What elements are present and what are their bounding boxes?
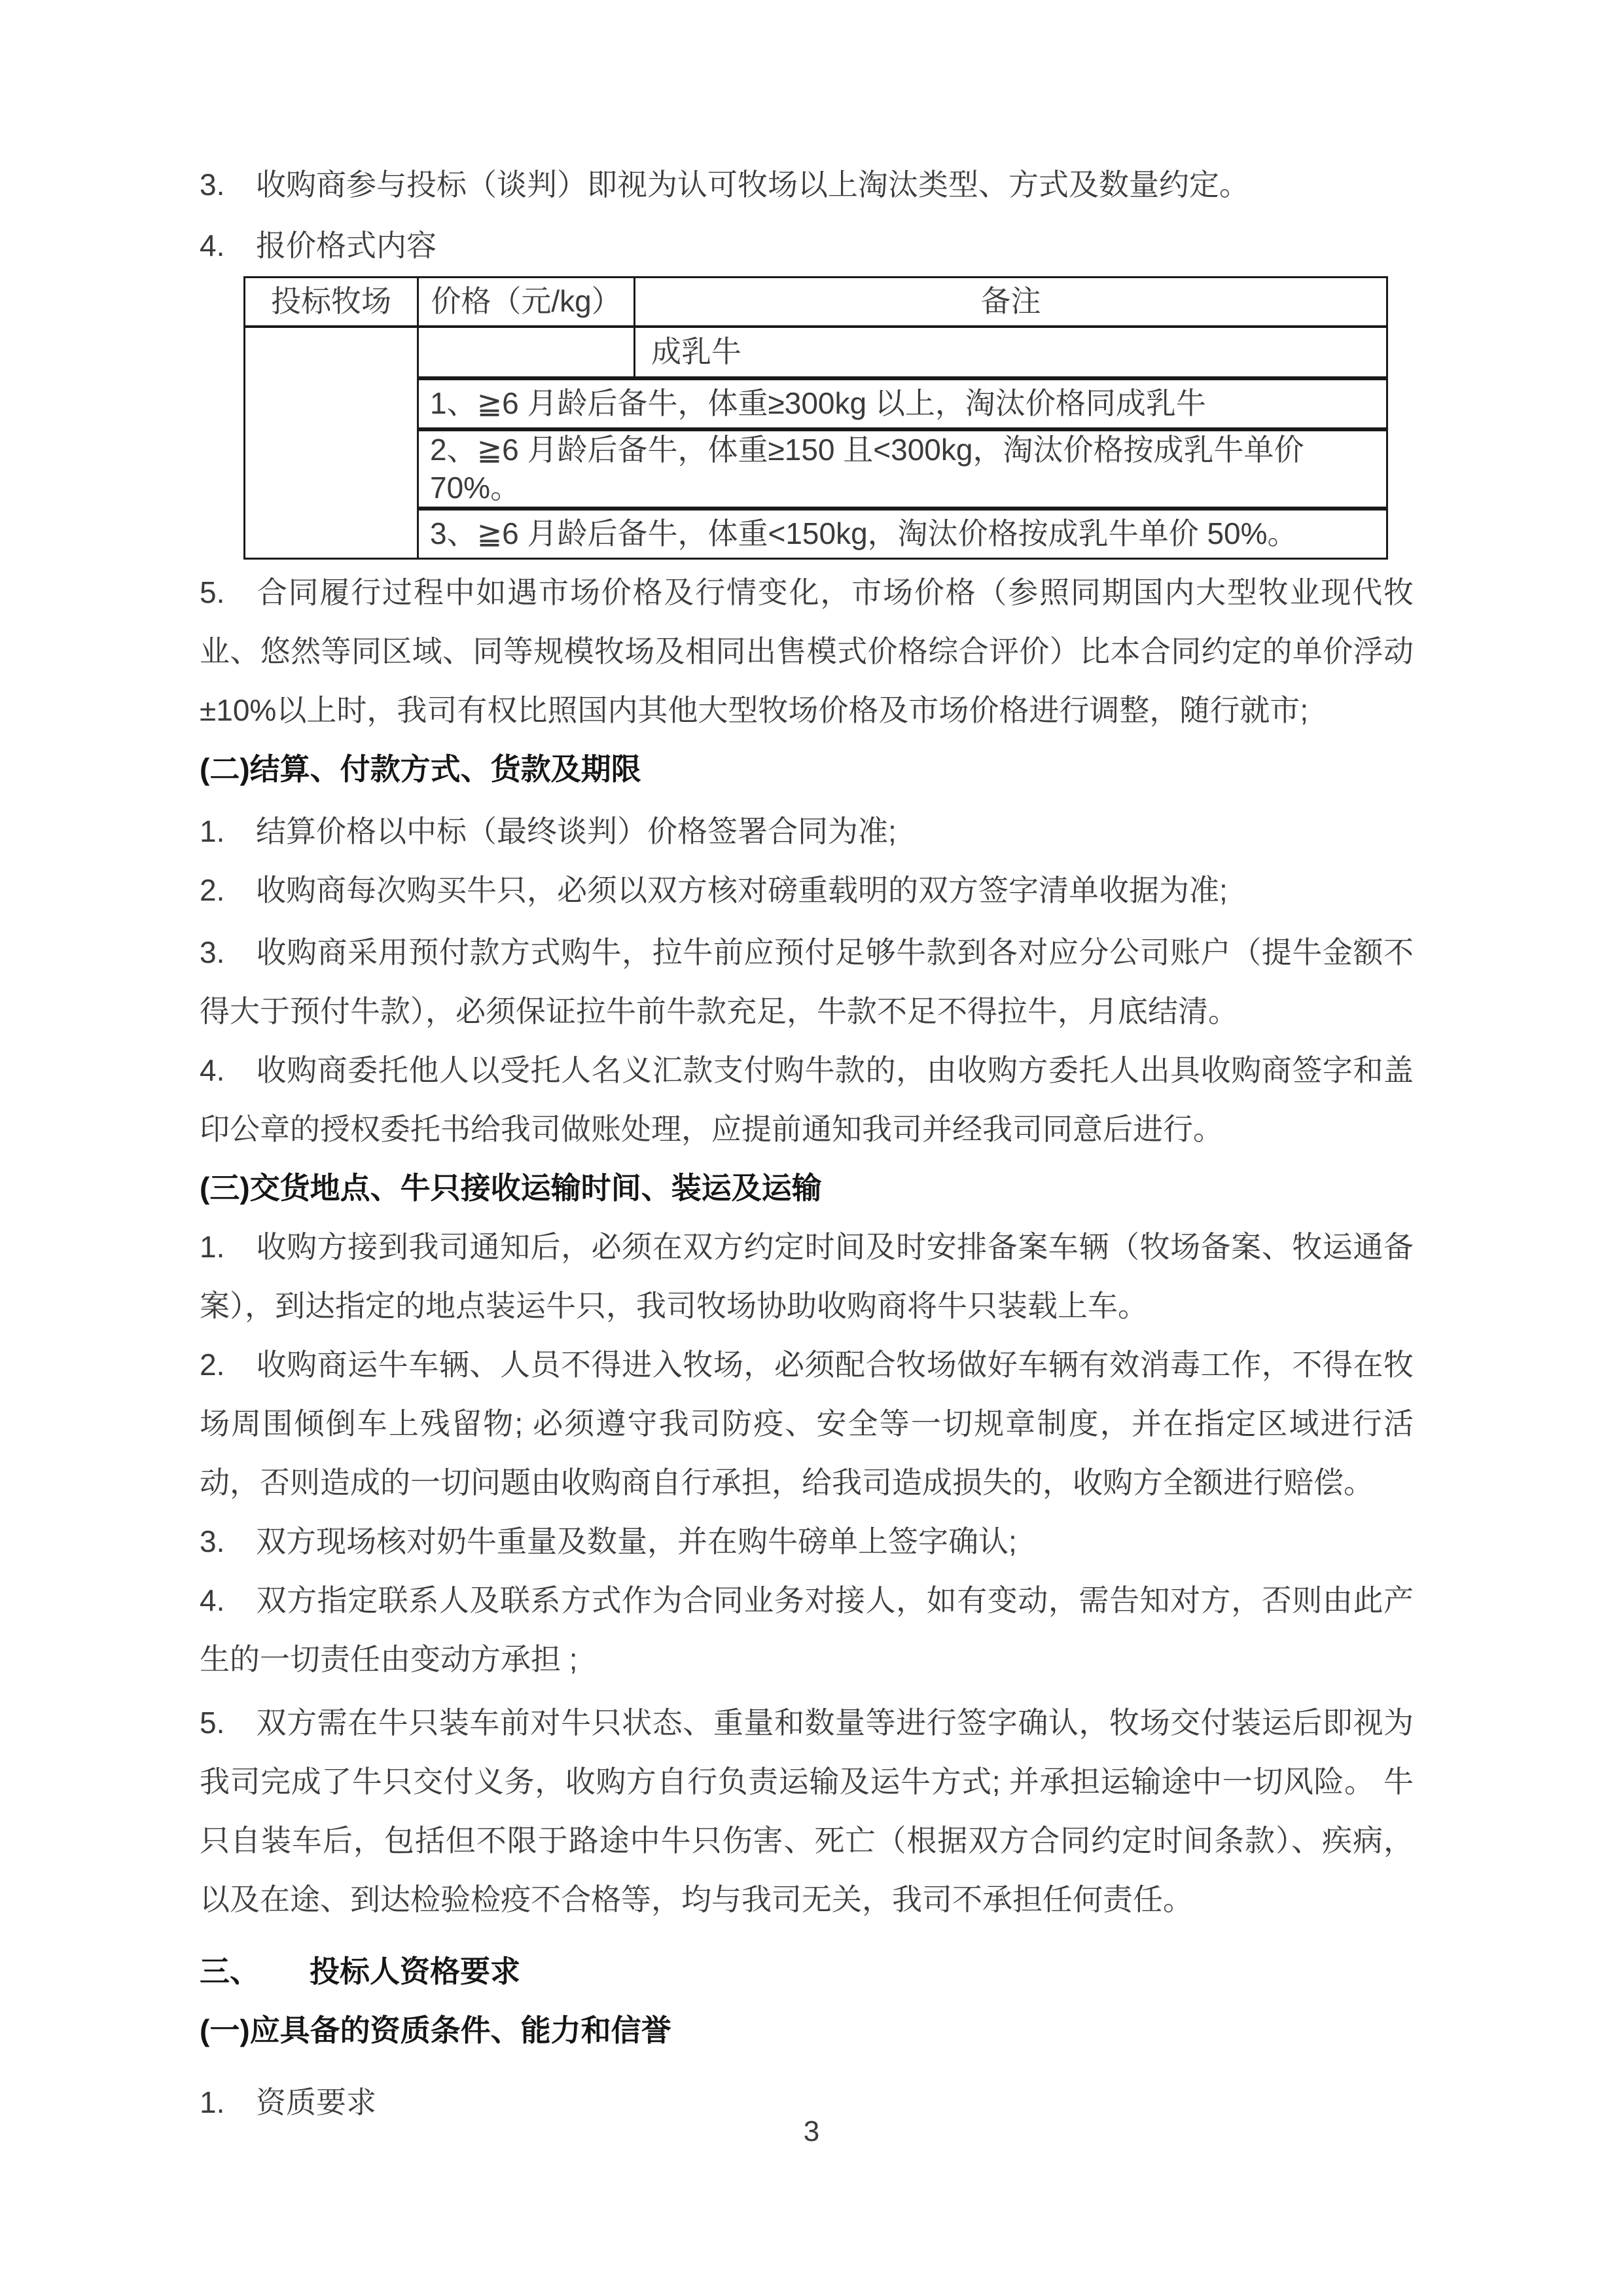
list-item-4-number: 4. [200,216,256,275]
section-3-item-5-number: 5. [200,1693,256,1752]
section-3-item-2-text: 收购商运牛车辆、人员不得进入牧场，必须配合牧场做好车辆有效消毒工作，不得在牧场周… [200,1348,1414,1499]
table-header-row: 投标牧场 价格（元/kg） 备注 [245,278,1387,327]
table-cell-note-2: 2、≧6 月龄后备牛，体重≥150 且<300kg，淘汰价格按成乳牛单价 70%… [418,429,1387,509]
page-number: 3 [0,2115,1623,2148]
table-cell-milk-cow: 成乳牛 [635,327,1387,378]
section-3-item-3-number: 3. [200,1512,256,1571]
section-2-item-3-text: 收购商采用预付款方式购牛，拉牛前应预付足够牛款到各对应分公司账户（提牛金额不得大… [200,935,1414,1028]
table-row-milk-cow: 成乳牛 [245,327,1387,378]
table-header-farm: 投标牧场 [245,278,418,327]
list-item-3-number: 3. [200,155,256,214]
section-3-heading: (三)交货地点、牛只接收运输时间、装运及运输 [200,1158,1414,1217]
section-2-item-2: 2.收购商每次购买牛只，必须以双方核对磅重载明的双方签字清单收据为准; [200,861,1414,920]
quote-format-table: 投标牧场 价格（元/kg） 备注 成乳牛 1、≧6 月龄后备牛，体重≥300kg… [243,276,1388,560]
document-page: 3.收购商参与投标（谈判）即视为认可牧场以上淘汰类型、方式及数量约定。 4.报价… [0,0,1623,2296]
section-2-item-3-number: 3. [200,923,256,982]
section-2-item-4-text: 收购商委托他人以受托人名义汇款支付购牛款的，由收购方委托人出具收购商签字和盖印公… [200,1053,1414,1146]
section-2-item-2-text: 收购商每次购买牛只，必须以双方核对磅重载明的双方签字清单收据为准; [256,873,1228,907]
chapter-3-heading: 三、投标人资格要求 [200,1942,1414,2001]
section-1-sub-heading: (一)应具备的资质条件、能力和信誉 [200,2001,1414,2060]
table-header-price: 价格（元/kg） [418,278,635,327]
table-header-remark: 备注 [635,278,1387,327]
section-3-item-4: 4.双方指定联系人及联系方式作为合同业务对接人，如有变动，需告知对方，否则由此产… [200,1571,1414,1689]
list-item-4: 4.报价格式内容 [200,216,1414,275]
section-3-item-1-text: 收购方接到我司通知后，必须在双方约定时间及时安排备案车辆（牧场备案、牧运通备案）… [200,1230,1414,1323]
table-cell-farm-empty [245,327,418,559]
section-3-item-1-number: 1. [200,1217,256,1276]
list-item-5-text: 合同履行过程中如遇市场价格及行情变化，市场价格（参照同期国内大型牧业现代牧业、悠… [200,575,1414,727]
section-3-item-2-number: 2. [200,1335,256,1394]
section-2-item-1-text: 结算价格以中标（最终谈判）价格签署合同为准; [256,814,897,848]
section-3-item-5: 5.双方需在牛只装车前对牛只状态、重量和数量等进行签字确认，牧场交付装运后即视为… [200,1693,1414,1929]
table-cell-note-1: 1、≧6 月龄后备牛，体重≥300kg 以上，淘汰价格同成乳牛 [418,378,1387,429]
section-3-item-4-number: 4. [200,1571,256,1630]
list-item-5: 5.合同履行过程中如遇市场价格及行情变化，市场价格（参照同期国内大型牧业现代牧业… [200,563,1414,740]
table-cell-note-3: 3、≧6 月龄后备牛，体重<150kg，淘汰价格按成乳牛单价 50%。 [418,509,1387,559]
section-3-item-1: 1.收购方接到我司通知后，必须在双方约定时间及时安排备案车辆（牧场备案、牧运通备… [200,1217,1414,1335]
section-2-item-2-number: 2. [200,861,256,920]
table-cell-price-empty [418,327,635,378]
section-3-item-5-text: 双方需在牛只装车前对牛只状态、重量和数量等进行签字确认，牧场交付装运后即视为我司… [200,1706,1414,1916]
qualification-item-text: 资质要求 [256,2085,376,2119]
list-item-5-number: 5. [200,563,256,622]
document-body: 3.收购商参与投标（谈判）即视为认可牧场以上淘汰类型、方式及数量约定。 4.报价… [0,0,1623,2132]
section-3-item-2: 2.收购商运牛车辆、人员不得进入牧场，必须配合牧场做好车辆有效消毒工作，不得在牧… [200,1335,1414,1512]
list-item-3: 3.收购商参与投标（谈判）即视为认可牧场以上淘汰类型、方式及数量约定。 [200,155,1414,214]
section-2-item-1-number: 1. [200,802,256,861]
list-item-4-text: 报价格式内容 [256,228,437,262]
section-2-item-1: 1.结算价格以中标（最终谈判）价格签署合同为准; [200,802,1414,861]
chapter-3-title: 投标人资格要求 [310,1954,520,1988]
section-3-item-4-text: 双方指定联系人及联系方式作为合同业务对接人，如有变动，需告知对方，否则由此产生的… [200,1583,1414,1676]
section-2-item-4: 4.收购商委托他人以受托人名义汇款支付购牛款的，由收购方委托人出具收购商签字和盖… [200,1041,1414,1158]
chapter-3-number: 三、 [200,1942,310,2001]
section-2-heading: (二)结算、付款方式、货款及期限 [200,740,1414,798]
section-2-item-4-number: 4. [200,1041,256,1100]
section-2-item-3: 3.收购商采用预付款方式购牛，拉牛前应预付足够牛款到各对应分公司账户（提牛金额不… [200,923,1414,1041]
section-3-item-3: 3.双方现场核对奶牛重量及数量，并在购牛磅单上签字确认; [200,1512,1414,1571]
list-item-3-text: 收购商参与投标（谈判）即视为认可牧场以上淘汰类型、方式及数量约定。 [256,168,1249,202]
section-3-item-3-text: 双方现场核对奶牛重量及数量，并在购牛磅单上签字确认; [256,1524,1017,1558]
